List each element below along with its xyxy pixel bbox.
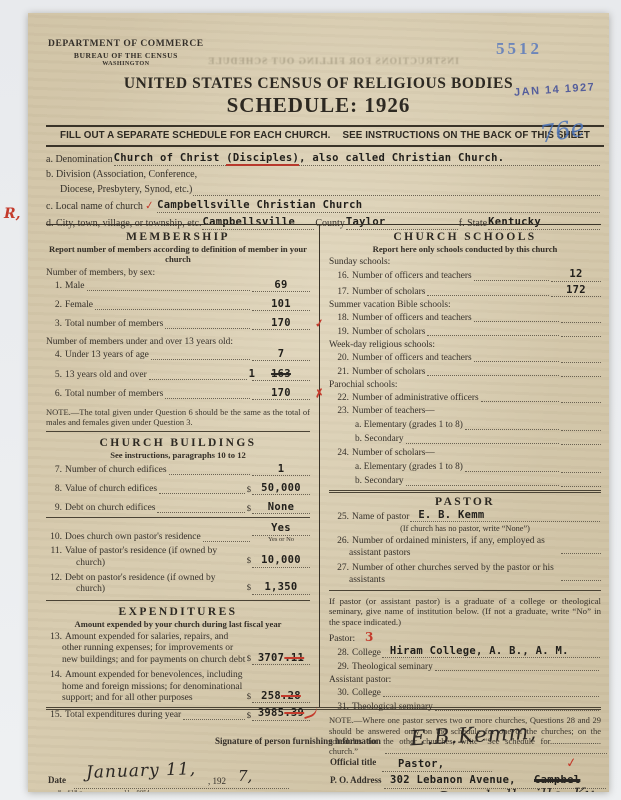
question-label: Number of scholars <box>352 287 425 298</box>
buildings-subtitle: See instructions, paragraphs 10 to 12 <box>46 450 310 460</box>
answer: 7 <box>252 349 310 362</box>
double-rule <box>329 490 601 493</box>
answer: 1 <box>252 464 310 477</box>
question-number: 29. <box>329 662 352 673</box>
dollar-sign: $ <box>247 582 251 592</box>
question-label: Total number of members <box>65 319 163 330</box>
question-number: 12. <box>46 573 65 584</box>
answer: 170✗ <box>252 388 310 401</box>
instruction-banner: FILL OUT A SEPARATE SCHEDULE FOR EACH CH… <box>46 125 604 147</box>
question-label: Number of ordained ministers, if any, em… <box>349 536 561 559</box>
q4-row: 4. Under 13 years of age 7 <box>46 349 310 362</box>
graduate-instructions: If pastor (or assistant pastor) is a gra… <box>329 596 601 628</box>
pastor-title: PASTOR <box>329 496 601 508</box>
red-handwritten-number: 3 <box>365 630 373 644</box>
field-label: b. Division (Association, Conference, <box>46 169 197 181</box>
blank-answer-line <box>561 313 601 323</box>
question-label: Number of church edifices <box>65 465 167 476</box>
question-number: 22. <box>329 393 352 404</box>
question-label: Number of other churches served by the p… <box>349 563 561 586</box>
assistant-pastor-label: Assistant pastor: <box>329 675 601 685</box>
question-label: Debt on church edifices <box>65 503 155 514</box>
answer: $10,000 <box>247 555 310 568</box>
date-year-handwriting: 7, <box>238 767 252 785</box>
dollar-sign: $ <box>247 691 251 701</box>
agency-line1: DEPARTMENT OF COMMERCE <box>48 39 204 51</box>
official-title-line <box>382 770 492 772</box>
group-heading: Summer vacation Bible schools: <box>329 300 601 310</box>
buildings-title: CHURCH BUILDINGS <box>46 437 310 449</box>
question-label: Name of pastor <box>352 512 409 523</box>
question-number: 23. <box>329 406 352 417</box>
divider <box>46 517 310 518</box>
blank-answer-line <box>561 353 601 363</box>
pastor-sublabel: Pastor:3 <box>329 630 601 644</box>
sub-question-label: b. Secondary <box>355 476 404 487</box>
question-number: 2. <box>46 300 65 311</box>
question-label: Amount expended for salaries, repairs, a… <box>62 632 247 666</box>
dotted-leader <box>465 420 559 430</box>
serial-number-stamp: 5512 <box>496 39 542 59</box>
question-number: 26. <box>329 536 352 547</box>
field-label: c. Local name of church <box>46 201 143 213</box>
q23-row: 23. Number of teachers— <box>329 406 601 417</box>
group-heading: Sunday schools: <box>329 257 601 267</box>
dotted-leader <box>435 661 599 671</box>
question-label: Number of scholars— <box>352 448 435 459</box>
answer: 50,000 <box>252 483 310 496</box>
q10-row: 10. Does church own pastor's residence Y… <box>46 523 310 543</box>
dotted-leader <box>149 370 247 380</box>
schools-subtitle: Report here only schools conducted by th… <box>329 244 601 254</box>
field-value-line: Campbellsville Christian Church <box>157 199 600 213</box>
membership-note: NOTE.—The total given under Question 6 s… <box>46 407 310 428</box>
question-number: 6. <box>46 389 65 400</box>
blank-answer-line <box>561 544 601 554</box>
question-label: Total number of members <box>65 389 163 400</box>
divider <box>46 431 310 432</box>
question-label: Number of scholars <box>352 327 425 338</box>
divider <box>329 590 601 591</box>
yes-or-no-caption: Yes or No <box>252 537 310 544</box>
q28-row: 28. College Hiram College, A. B., A. M. <box>329 645 601 659</box>
q2-row: 2. Female 101 <box>46 299 310 312</box>
question-number: 1. <box>46 281 65 292</box>
answer: $1,350 <box>247 582 310 595</box>
signature-label: Signature of person furnishing informati… <box>215 736 381 746</box>
official-title-value: Pastor, <box>398 758 444 770</box>
two-column-body: MEMBERSHIP Report number of members acco… <box>46 224 601 710</box>
college-value: Hiram College, A. B., A. M. <box>390 645 569 657</box>
q24b-row: b. Secondary <box>329 476 601 487</box>
answer: 101 <box>252 299 310 312</box>
question-number: 18. <box>329 313 352 324</box>
right-column: CHURCH SCHOOLS Report here only schools … <box>320 225 601 707</box>
red-cross-mark: ✗ <box>314 388 325 402</box>
q24a-row: a. Elementary (grades 1 to 8) <box>329 462 601 473</box>
question-number: 9. <box>46 503 65 514</box>
date-line <box>74 787 289 789</box>
question-label: Debt on pastor's residence (if owned byc… <box>62 573 247 596</box>
q11-row: 11. Value of pastor's residence (if owne… <box>46 546 310 569</box>
red-check: ✓ <box>565 754 578 771</box>
dollar-sign: $ <box>247 485 251 495</box>
dotted-leader <box>481 392 559 402</box>
question-number: 4. <box>46 350 65 361</box>
question-label: Female <box>65 300 93 311</box>
dotted-leader <box>406 434 559 444</box>
question-label: Value of pastor's residence (if owned by… <box>62 546 247 569</box>
q8-row: 8. Value of church edifices $ 50,000 <box>46 483 310 496</box>
q1-row: 1. Male 69 <box>46 280 310 293</box>
pastor-name-value: E. B. Kemm <box>418 509 484 521</box>
q18-row: 18. Number of officers and teachers <box>329 312 601 323</box>
dotted-leader <box>427 286 549 296</box>
date-printed-192: , 192 <box>208 776 226 786</box>
group-heading: Week-day religious schools: <box>329 340 601 350</box>
q14-row: 14. Amount expended for benevolences, in… <box>46 670 310 704</box>
group-heading: Parochial schools: <box>329 380 601 390</box>
question-label: College <box>352 648 381 659</box>
scanned-census-form: R, INSTRUCTIONS FOR FILLING OUT SCHEDULE… <box>0 0 621 800</box>
field-label: Diocese, Presbytery, Synod, etc.) <box>46 184 192 196</box>
form-number-right: 11—9054 <box>124 790 150 792</box>
dotted-leader <box>474 352 559 362</box>
answer: E. B. Kemm <box>410 509 600 523</box>
blank-answer-line <box>561 477 601 487</box>
left-column: MEMBERSHIP Report number of members acco… <box>46 225 320 707</box>
field-denomination: a. Denomination Church of Christ (Discip… <box>46 152 601 166</box>
q9-row: 9. Debt on church edifices $ None <box>46 502 310 515</box>
q20-row: 20. Number of officers and teachers <box>329 352 601 363</box>
dotted-leader <box>169 465 250 475</box>
dotted-leader <box>203 532 250 542</box>
answer <box>561 571 601 585</box>
question-label: Theological seminary <box>352 662 433 673</box>
q6-row: 6. Total number of members 170✗ <box>46 388 310 401</box>
sub-question-label: a. Elementary (grades 1 to 8) <box>355 462 463 473</box>
q23b-row: b. Secondary <box>329 434 601 445</box>
red-struck-cents: .28 <box>281 690 301 702</box>
divider <box>46 600 310 601</box>
dotted-leader <box>159 484 245 494</box>
sub-question-label: b. Secondary <box>355 434 404 445</box>
q16-row: 16. Number of officers and teachers 12 <box>329 269 601 282</box>
q7-row: 7. Number of church edifices 1 <box>46 464 310 477</box>
q26-row: 26. Number of ordained ministers, if any… <box>329 536 601 559</box>
dotted-leader <box>465 462 559 472</box>
dollar-sign: $ <box>247 555 251 565</box>
po-address-value: 302 Lebanon Avenue, <box>390 774 516 786</box>
question-label: Value of church edifices <box>65 484 157 495</box>
dotted-leader <box>474 312 559 322</box>
dotted-leader <box>165 389 250 399</box>
q27-row: 27. Number of other churches served by t… <box>329 563 601 586</box>
census-form-paper: INSTRUCTIONS FOR FILLING OUT SCHEDULE DE… <box>28 13 609 792</box>
question-label: Number of officers and teachers <box>352 271 472 282</box>
expenditures-title: EXPENDITURES <box>46 606 310 618</box>
question-number: 16. <box>329 271 352 282</box>
question-number: 21. <box>329 367 352 378</box>
group-heading: Number of members, by sex: <box>46 268 310 278</box>
agency-line2: BUREAU OF THE CENSUS <box>48 51 204 60</box>
question-number: 30. <box>329 688 352 699</box>
question-label: Number of scholars <box>352 367 425 378</box>
question-number: 24. <box>329 448 352 459</box>
blank-answer-line <box>561 571 601 581</box>
answer: 170✓ <box>252 318 310 331</box>
answer: None <box>252 502 310 515</box>
answer: Hiram College, A. B., A. M. <box>382 645 600 659</box>
q25-row: 25. Name of pastor E. B. Kemm <box>329 509 601 523</box>
blank-answer-line <box>561 463 601 473</box>
banner-part1: FILL OUT A SEPARATE SCHEDULE FOR EACH CH… <box>60 130 330 141</box>
dotted-leader <box>427 326 559 336</box>
denomination-value: Church of Christ (Disciples), also calle… <box>114 152 505 166</box>
blank-answer-line <box>561 435 601 445</box>
question-number: 20. <box>329 353 352 364</box>
answer: $258.28 <box>247 691 310 704</box>
question-number: 5. <box>46 370 65 381</box>
q29-row: 29. Theological seminary <box>329 661 601 672</box>
field-division-line1: b. Division (Association, Conference, <box>46 169 601 181</box>
q22-row: 22. Number of administrative officers <box>329 392 601 403</box>
q24-row: 24. Number of scholars— <box>329 448 601 459</box>
q21-row: 21. Number of scholars <box>329 366 601 377</box>
question-number: 17. <box>329 287 352 298</box>
blank-answer-line <box>561 393 601 403</box>
dotted-leader <box>427 366 559 376</box>
q25-note: (If church has no pastor, write “None”) <box>329 524 601 533</box>
question-label: Number of officers and teachers <box>352 353 472 364</box>
blank-answer-line <box>561 367 601 377</box>
answer: YesYes or No <box>252 523 310 543</box>
answer: 12 <box>551 269 601 282</box>
dotted-leader <box>383 687 599 697</box>
question-number: 8. <box>46 484 65 495</box>
red-check: ✓ <box>314 318 325 332</box>
field-value-line <box>193 184 600 196</box>
question-number: 27. <box>329 563 352 574</box>
agency-line3: WASHINGTON <box>48 60 204 68</box>
blank-answer-line <box>561 421 601 431</box>
identification-fields: a. Denomination Church of Christ (Discip… <box>46 152 601 233</box>
dotted-leader <box>87 281 250 291</box>
question-number: 13. <box>46 632 65 643</box>
dollar-sign: $ <box>247 504 251 514</box>
q5-row: 5. 13 years old and over 1163 <box>46 368 310 382</box>
field-label: a. Denomination <box>46 154 113 166</box>
date-label: Date <box>48 775 66 785</box>
question-label: Amount expended for benevolences, includ… <box>62 670 247 704</box>
answer: 69 <box>252 280 310 293</box>
signature-handwriting: E.B.Kemm, <box>409 720 537 751</box>
q30-row: 30. College <box>329 687 601 698</box>
sub-question-label: a. Elementary (grades 1 to 8) <box>355 420 463 431</box>
group-heading: Number of members under and over 13 year… <box>46 337 310 347</box>
schools-title: CHURCH SCHOOLS <box>329 231 601 243</box>
q17-row: 17. Number of scholars 172 <box>329 285 601 298</box>
question-number: 3. <box>46 319 65 330</box>
blank-answer-line <box>561 327 601 337</box>
field-division-line2: Diocese, Presbytery, Synod, etc.) <box>46 184 601 196</box>
membership-title: MEMBERSHIP <box>46 231 310 243</box>
official-title-label: Official title <box>330 757 376 767</box>
question-label: Number of administrative officers <box>352 393 479 404</box>
question-label: 13 years old and over <box>65 370 147 381</box>
question-label: Male <box>65 281 85 292</box>
question-number: 28. <box>329 648 352 659</box>
field-value-line: Church of Christ (Disciples), also calle… <box>114 152 600 166</box>
answer <box>561 544 601 558</box>
answer: 1163 <box>249 368 310 382</box>
question-label: Does church own pastor's residence <box>65 532 201 543</box>
dotted-leader <box>165 319 250 329</box>
form-number-left: 8—618 a <box>58 790 82 792</box>
red-underline: (Disciples) <box>226 152 299 166</box>
q12-row: 12. Debt on pastor's residence (if owned… <box>46 573 310 596</box>
po-address-label: P. O. Address <box>330 775 382 785</box>
dotted-leader <box>95 300 250 310</box>
answer: $3707.11 <box>247 653 310 666</box>
q13-row: 13. Amount expended for salaries, repair… <box>46 632 310 666</box>
signature-block: Signature of person furnishing informati… <box>46 703 601 792</box>
membership-subtitle: Report number of members according to de… <box>46 244 310 265</box>
q3-row: 3. Total number of members 170✓ <box>46 318 310 331</box>
local-name-value: Campbellsville Christian Church <box>157 199 362 211</box>
q23a-row: a. Elementary (grades 1 to 8) <box>329 420 601 431</box>
expenditures-subtitle: Amount expended by your church during la… <box>46 619 310 629</box>
dotted-leader <box>157 503 244 513</box>
red-check: ✓ <box>144 199 155 213</box>
dollar-sign: $ <box>247 653 251 663</box>
question-label: College <box>352 688 381 699</box>
dotted-leader <box>151 350 250 360</box>
q19-row: 19. Number of scholars <box>329 326 601 337</box>
question-number: 19. <box>329 327 352 338</box>
question-label: Number of officers and teachers <box>352 313 472 324</box>
dotted-leader <box>406 476 559 486</box>
question-label: Number of teachers— <box>352 406 435 417</box>
answer: 172 <box>551 285 601 298</box>
question-number: 14. <box>46 670 65 681</box>
question-number: 10. <box>46 532 65 543</box>
field-local-name: c. Local name of church ✓ Campbellsville… <box>46 199 601 213</box>
agency-block: DEPARTMENT OF COMMERCE BUREAU OF THE CEN… <box>48 39 204 68</box>
bleedthrough-text: INSTRUCTIONS FOR FILLING OUT SCHEDULE <box>178 57 488 67</box>
question-number: 7. <box>46 465 65 476</box>
red-struck-cents: .11 <box>284 652 304 664</box>
dotted-leader <box>474 271 549 281</box>
question-number: 25. <box>329 512 352 523</box>
red-margin-annotation: R, <box>4 206 21 222</box>
date-handwriting: January 11, <box>86 759 197 783</box>
question-label: Under 13 years of age <box>65 350 149 361</box>
question-number: 11. <box>46 546 65 557</box>
